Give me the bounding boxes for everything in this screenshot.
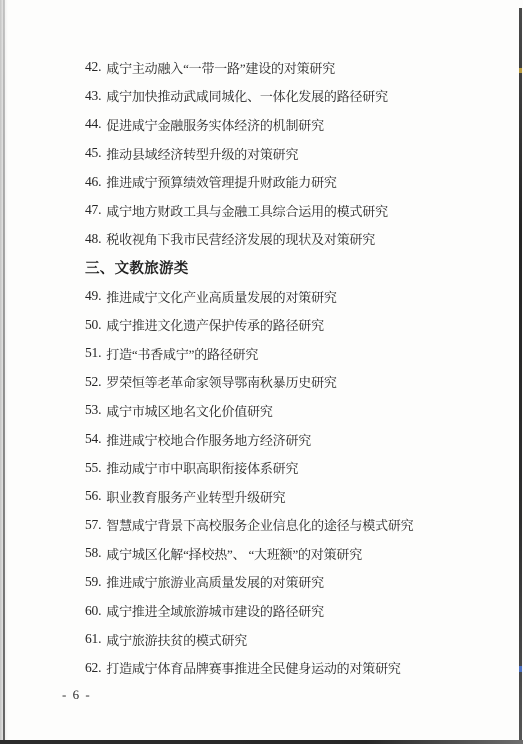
scan-artifact-yellow [519,68,522,73]
item-title: 咸宁市城区地名文化价值研究 [106,401,272,420]
list-item: 57.智慧咸宁背景下高校服务企业信息化的途径与模式研究 [85,511,503,540]
item-number: 56. [85,488,101,504]
item-number: 51. [85,345,101,361]
list-item: 55.推动咸宁市中职高职衔接体系研究 [85,453,503,482]
item-title: 智慧咸宁背景下高校服务企业信息化的途径与模式研究 [106,515,413,534]
item-number: 50. [85,317,101,333]
item-title: 推进咸宁预算绩效管理提升财政能力研究 [106,172,336,191]
item-title: 咸宁主动融入“一带一路”建设的对策研究 [106,58,335,77]
scan-artifact-blue [519,666,522,672]
item-number: 52. [85,374,101,390]
item-title: 推进咸宁旅游业高质量发展的对策研究 [106,572,324,591]
list-item: 53.咸宁市城区地名文化价值研究 [85,396,503,425]
item-number: 58. [85,545,101,561]
item-title: 推进咸宁文化产业高质量发展的对策研究 [106,287,336,306]
research-topics-page: 42.咸宁主动融入“一带一路”建设的对策研究43.咸宁加快推动武咸同城化、一体化… [85,53,503,682]
item-number: 59. [85,574,101,590]
list-item: 52.罗荣恒等老革命家领导鄂南秋暴历史研究 [85,368,503,397]
item-title: 推进咸宁校地合作服务地方经济研究 [106,430,311,449]
scan-edge-bottom [0,740,523,744]
item-number: 49. [85,288,101,304]
list-item: 44.促进咸宁金融服务实体经济的机制研究 [85,110,503,139]
list-item: 48.税收视角下我市民营经济发展的现状及对策研究 [85,225,503,254]
item-number: 60. [85,603,101,619]
item-title: 推动县域经济转型升级的对策研究 [106,144,298,163]
item-title: 促进咸宁金融服务实体经济的机制研究 [106,115,324,134]
list-item: 43.咸宁加快推动武咸同城化、一体化发展的路径研究 [85,82,503,111]
list-item: 60.咸宁推进全域旅游城市建设的路径研究 [85,596,503,625]
item-number: 55. [85,460,101,476]
list-item: 58.咸宁城区化解“择校热”、 “大班额”的对策研究 [85,539,503,568]
list-item: 51.打造“书香咸宁”的路径研究 [85,339,503,368]
list-item: 61.咸宁旅游扶贫的模式研究 [85,625,503,654]
item-number: 42. [85,59,101,75]
list-item: 62.打造咸宁体育品牌赛事推进全民健身运动的对策研究 [85,653,503,682]
item-title: 咸宁旅游扶贫的模式研究 [106,630,247,649]
list-item: 56.职业教育服务产业转型升级研究 [85,482,503,511]
section-header-culture-education-tourism: 三、文教旅游类 [85,253,503,282]
list-item: 50.咸宁推进文化遗产保护传承的路径研究 [85,310,503,339]
item-number: 61. [85,631,101,647]
item-title: 咸宁城区化解“择校热”、 “大班额”的对策研究 [106,544,362,563]
item-number: 45. [85,145,101,161]
list-item: 49.推进咸宁文化产业高质量发展的对策研究 [85,282,503,311]
item-title: 咸宁推进文化遗产保护传承的路径研究 [106,315,324,334]
item-number: 54. [85,431,101,447]
list-item: 54.推进咸宁校地合作服务地方经济研究 [85,425,503,454]
list-item: 47.咸宁地方财政工具与金融工具综合运用的模式研究 [85,196,503,225]
item-title: 罗荣恒等老革命家领导鄂南秋暴历史研究 [106,372,336,391]
item-number: 53. [85,402,101,418]
page-number: - 6 - [62,687,91,703]
item-title: 打造“书香咸宁”的路径研究 [106,344,258,363]
item-number: 44. [85,116,101,132]
topic-list-culture-education-tourism: 49.推进咸宁文化产业高质量发展的对策研究50.咸宁推进文化遗产保护传承的路径研… [85,282,503,682]
item-title: 咸宁推进全域旅游城市建设的路径研究 [106,601,324,620]
item-title: 咸宁地方财政工具与金融工具综合运用的模式研究 [106,201,388,220]
list-item: 42.咸宁主动融入“一带一路”建设的对策研究 [85,53,503,82]
topic-list-finance-economy: 42.咸宁主动融入“一带一路”建设的对策研究43.咸宁加快推动武咸同城化、一体化… [85,53,503,253]
item-title: 打造咸宁体育品牌赛事推进全民健身运动的对策研究 [106,658,400,677]
list-item: 46.推进咸宁预算绩效管理提升财政能力研究 [85,167,503,196]
item-title: 推动咸宁市中职高职衔接体系研究 [106,458,298,477]
item-number: 46. [85,174,101,190]
scan-edge-left [0,0,8,744]
item-number: 43. [85,88,101,104]
item-number: 57. [85,517,101,533]
list-item: 59.推进咸宁旅游业高质量发展的对策研究 [85,568,503,597]
item-title: 税收视角下我市民营经济发展的现状及对策研究 [106,229,375,248]
list-item: 45.推动县域经济转型升级的对策研究 [85,139,503,168]
item-title: 职业教育服务产业转型升级研究 [106,487,285,506]
item-number: 48. [85,231,101,247]
scan-edge-right [519,8,522,741]
item-title: 咸宁加快推动武咸同城化、一体化发展的路径研究 [106,86,388,105]
item-number: 47. [85,202,101,218]
item-number: 62. [85,660,101,676]
